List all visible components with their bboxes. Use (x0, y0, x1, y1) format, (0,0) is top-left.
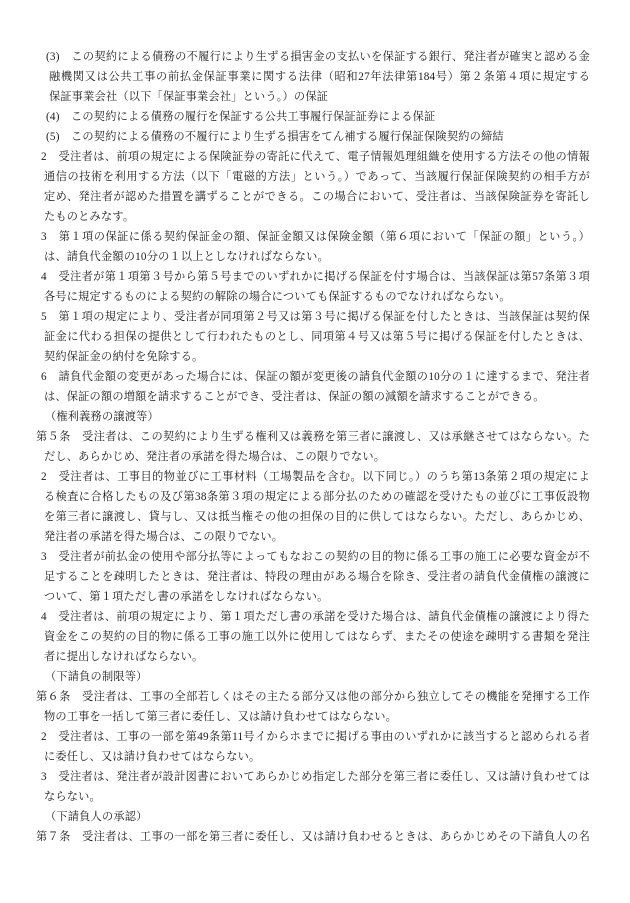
text-line: （下請負の制限等） (45, 667, 590, 687)
text-line: 発注者の承諾を得た場合は、この限りでない。 (44, 527, 590, 547)
text-line: 4 受注者が第１項第３号から第５号までのいずれかに掲げる保証を付す場合は、当該保… (41, 267, 590, 287)
text-line: 通信の技術を利用する方法（以下「電磁的方法」という。）であって、当該履行保証保険… (44, 167, 590, 187)
text-line: 2 受注者は、工事目的物並びに工事材料（工場製品を含む。以下同じ。）のうち第13… (41, 467, 590, 487)
text-line: ついて、第１項ただし書の承諾をしなければならない。 (44, 587, 590, 607)
text-line: だし、あらかじめ、発注者の承諾を得た場合は、この限りでない。 (44, 447, 590, 467)
text-line: 物の工事を一括して第三者に委任し、又は請け負わせてはならない。 (44, 707, 590, 727)
text-line: 6 請負代金額の変更があった場合には、保証の額が変更後の請負代金額の10分の１に… (41, 367, 590, 387)
text-line: 第５条 受注者は、この契約により生ずる権利又は義務を第三者に譲渡し、又は承継させ… (36, 427, 590, 447)
text-line: 3 受注者が前払金の使用や部分払等によってもなおこの契約の目的物に係る工事の施工… (41, 547, 590, 567)
document-page: (3) この契約による債務の不履行により生ずる損害金の支払いを保証する銀行、発注… (0, 0, 630, 903)
text-line: ならない。 (44, 787, 590, 807)
text-line: 4 受注者は、前項の規定により、第１項ただし書の承諾を受けた場合は、請負代金債権… (41, 607, 590, 627)
text-line: 保証事業会社（以下「保証事業会社」という。）の保証 (49, 87, 590, 107)
text-line: 融機関又は公共工事の前払金保証事業に関する法律（昭和27年法律第184号）第２条… (49, 67, 590, 87)
text-line: を第三者に譲渡し、貸与し、又は抵当権その他の担保の目的に供してはならない。ただし… (44, 507, 590, 527)
text-line: 第７条 受注者は、工事の一部を第三者に委任し、又は請け負わせるときは、あらかじめ… (36, 827, 590, 847)
text-line: (3) この契約による債務の不履行により生ずる損害金の支払いを保証する銀行、発注… (46, 47, 590, 67)
text-line: (4) この契約による債務の履行を保証する公共工事履行保証証券による保証 (46, 107, 590, 127)
text-line: 各号に規定するものによる契約の解除の場合についても保証するものでなければならない… (44, 287, 590, 307)
text-line: は、請負代金額の10分の１以上としなければならない。 (44, 247, 590, 267)
text-line: 2 受注者は、前項の規定による保険証券の寄託に代えて、電子情報処理組織を使用する… (41, 147, 590, 167)
text-line: 3 第１項の保証に係る契約保証金の額、保証金額又は保険金額（第６項において「保証… (41, 227, 590, 247)
text-line: 5 第１項の規定により、受注者が同項第２号又は第３号に掲げる保証を付したときは、… (41, 307, 590, 327)
text-line: 契約保証金の納付を免除する。 (44, 347, 590, 367)
text-line: 3 受注者は、発注者が設計図書においてあらかじめ指定した部分を第三者に委任し、又… (41, 767, 590, 787)
text-line: 証金に代わる担保の提供として行われたものとし、同項第４号又は第５号に掲げる保証を… (44, 327, 590, 347)
text-line: 者に提出しなければならない。 (44, 647, 590, 667)
text-line: 定め、発注者が認めた措置を講ずることができる。この場合において、受注者は、当該保… (44, 187, 590, 207)
document-body: (3) この契約による債務の不履行により生ずる損害金の支払いを保証する銀行、発注… (36, 47, 590, 847)
text-line: 第６条 受注者は、工事の全部若しくはその主たる部分又は他の部分から独立してその機… (36, 687, 590, 707)
text-line: たものとみなす。 (44, 207, 590, 227)
text-line: は、保証の額の増額を請求することができ、受注者は、保証の額の減額を請求することが… (44, 387, 590, 407)
text-line: る検査に合格したもの及び第38条第３項の規定による部分払のための確認を受けたもの… (44, 487, 590, 507)
text-line: 足することを疎明したときは、発注者は、特段の理由がある場合を除き、受注者の請負代… (44, 567, 590, 587)
text-line: に委任し、又は請け負わせてはならない。 (44, 747, 590, 767)
text-line: 2 受注者は、工事の一部を第49条第11号イからホまでに掲げる事由のいずれかに該… (41, 727, 590, 747)
text-line: （権利義務の譲渡等） (45, 407, 590, 427)
text-line: （下請負人の承認） (45, 807, 590, 827)
text-line: 資金をこの契約の目的物に係る工事の施工以外に使用してはならず、またその使途を疎明… (44, 627, 590, 647)
text-line: (5) この契約による債務の不履行により生ずる損害をてん補する履行保証保険契約の… (46, 127, 590, 147)
